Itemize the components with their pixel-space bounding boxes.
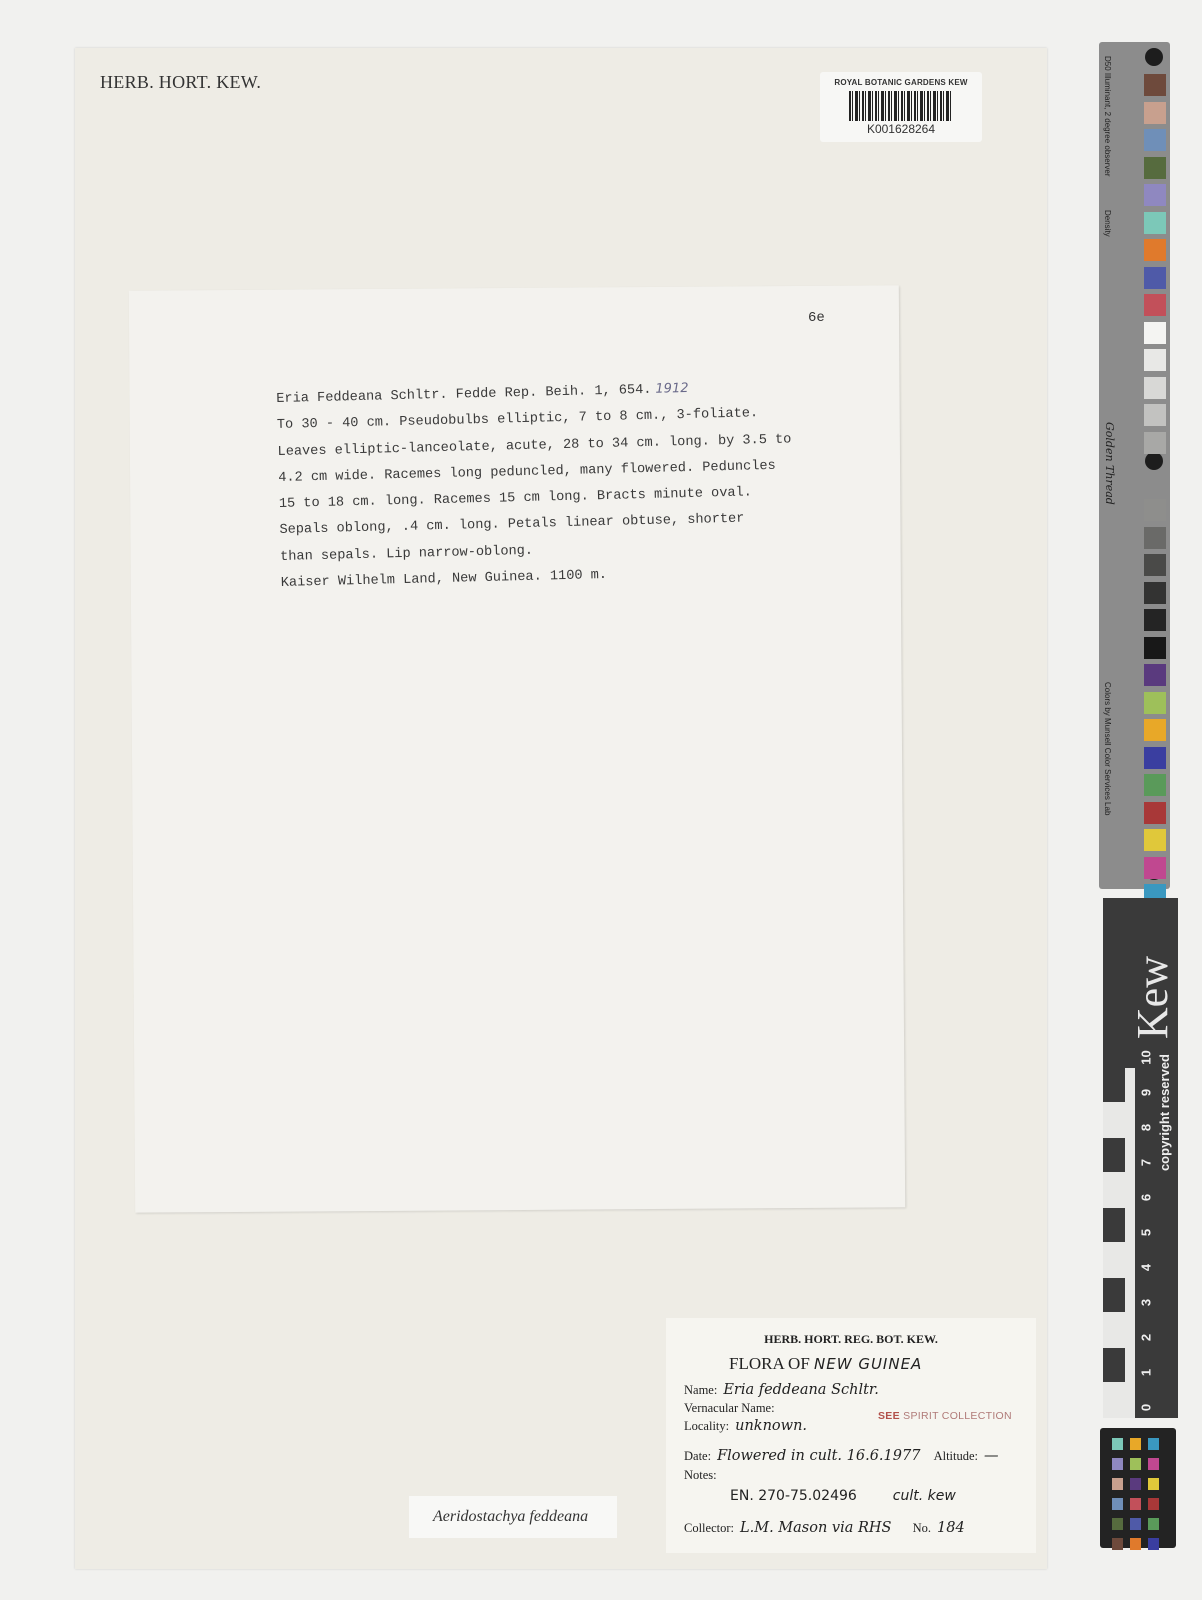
page-number: 6e xyxy=(808,310,825,326)
color-swatch xyxy=(1112,1478,1123,1490)
color-swatch xyxy=(1112,1518,1123,1530)
chart-munsell-text: Colors by Munsell Color Services Lab xyxy=(1103,682,1112,815)
color-swatch xyxy=(1148,1458,1159,1470)
color-swatch xyxy=(1144,719,1166,741)
color-swatch xyxy=(1144,527,1166,549)
determination-name: Aeridostachya feddeana xyxy=(433,1508,588,1526)
color-swatch xyxy=(1144,582,1166,604)
color-swatch xyxy=(1144,432,1166,454)
ruler-tick-label: 8 xyxy=(1139,1119,1154,1137)
color-swatch xyxy=(1148,1438,1159,1450)
herbarium-header: HERB. HORT. KEW. xyxy=(100,72,261,93)
color-swatch xyxy=(1144,554,1166,576)
ruler-tick-label: 5 xyxy=(1139,1224,1154,1242)
color-swatch xyxy=(1144,404,1166,426)
color-swatch xyxy=(1144,239,1166,261)
name-field: Name:Eria feddeana Schltr. xyxy=(684,1382,879,1398)
punch-hole-icon xyxy=(1145,48,1163,66)
ruler-tick-label: 0 xyxy=(1139,1399,1154,1417)
color-swatch xyxy=(1144,637,1166,659)
color-swatch xyxy=(1144,377,1166,399)
color-swatch xyxy=(1144,349,1166,371)
barcode-icon xyxy=(849,91,953,121)
ruler-tick-label: 3 xyxy=(1139,1294,1154,1312)
determination-label: Aeridostachya feddeana xyxy=(409,1496,617,1538)
punch-hole-icon xyxy=(1145,452,1163,470)
color-swatch xyxy=(1130,1538,1141,1550)
collector-field: Collector:L.M. Mason via RHS No.184 xyxy=(684,1520,965,1536)
color-swatch xyxy=(1144,322,1166,344)
vernacular-field: Vernacular Name: xyxy=(684,1400,781,1416)
ruler-tick-label: 4 xyxy=(1139,1259,1154,1277)
color-swatch xyxy=(1144,747,1166,769)
color-swatch xyxy=(1144,499,1166,521)
notes-label: Notes: xyxy=(684,1468,717,1483)
color-swatch xyxy=(1148,1498,1159,1510)
ruler-tick-label: 6 xyxy=(1139,1189,1154,1207)
color-swatch xyxy=(1148,1478,1159,1490)
color-swatch xyxy=(1112,1538,1123,1550)
color-swatch xyxy=(1148,1538,1159,1550)
color-swatch xyxy=(1130,1458,1141,1470)
cm-ruler xyxy=(1103,1068,1135,1418)
color-swatch xyxy=(1144,774,1166,796)
color-swatch xyxy=(1130,1438,1141,1450)
flora-title: FLORA OF NEW GUINEA xyxy=(729,1354,922,1374)
locality-field: Locality:unknown. xyxy=(684,1418,807,1434)
ruler-tick-label: 7 xyxy=(1139,1154,1154,1172)
ruler-block xyxy=(1103,1208,1125,1242)
color-swatch xyxy=(1130,1498,1141,1510)
color-swatch xyxy=(1112,1438,1123,1450)
chart-brand: Golden Thread xyxy=(1103,422,1116,505)
color-swatch xyxy=(1144,267,1166,289)
color-swatch xyxy=(1144,829,1166,851)
color-swatch xyxy=(1144,294,1166,316)
color-swatch xyxy=(1144,157,1166,179)
color-swatch xyxy=(1144,212,1166,234)
barcode-number: K001628264 xyxy=(820,122,982,136)
ruler-tick-label: 1 xyxy=(1139,1364,1154,1382)
spirit-collection-stamp: SEE SPIRIT COLLECTION xyxy=(878,1410,1012,1422)
kew-scale-bar: Kew copyright reserved 012345678910 xyxy=(1103,898,1178,1418)
color-swatch xyxy=(1144,74,1166,96)
mini-color-chart xyxy=(1100,1428,1176,1548)
color-swatch xyxy=(1148,1518,1159,1530)
copyright-text: copyright reserved xyxy=(1157,1054,1172,1171)
notes-value: EN. 270-75.02496cult. kew xyxy=(730,1488,956,1504)
typed-description: Eria Feddeana Schltr. Fedde Rep. Beih. 1… xyxy=(276,372,861,597)
color-swatch xyxy=(1144,857,1166,879)
color-swatch xyxy=(1144,609,1166,631)
chart-illuminant-text: D50 Illuminant, 2 degree observer xyxy=(1103,56,1112,177)
ruler-block xyxy=(1103,1278,1125,1312)
kew-logo: Kew xyxy=(1127,956,1178,1039)
handwritten-year: 1912 xyxy=(655,381,688,397)
color-swatch xyxy=(1144,102,1166,124)
color-swatch xyxy=(1144,692,1166,714)
ruler-tick-label: 9 xyxy=(1139,1084,1154,1102)
color-swatch xyxy=(1144,802,1166,824)
chart-density-text: Density xyxy=(1103,210,1112,237)
ruler-block xyxy=(1103,1138,1125,1172)
color-calibration-chart: D50 Illuminant, 2 degree observer Densit… xyxy=(1099,42,1170,889)
barcode-institution: ROYAL BOTANIC GARDENS KEW xyxy=(820,78,982,87)
ruler-block xyxy=(1103,1348,1125,1382)
color-swatch xyxy=(1144,184,1166,206)
ruler-tick-label: 2 xyxy=(1139,1329,1154,1347)
color-swatch xyxy=(1112,1458,1123,1470)
color-swatch xyxy=(1130,1518,1141,1530)
collection-label-header: HERB. HORT. REG. BOT. KEW. xyxy=(666,1332,1036,1347)
collection-label: HERB. HORT. REG. BOT. KEW. FLORA OF NEW … xyxy=(666,1318,1036,1553)
ruler-block xyxy=(1103,1068,1125,1102)
color-swatch xyxy=(1112,1498,1123,1510)
color-swatch xyxy=(1144,129,1166,151)
ruler-tick-label: 10 xyxy=(1139,1049,1154,1067)
barcode-label: ROYAL BOTANIC GARDENS KEW K001628264 xyxy=(820,72,982,142)
date-field: Date:Flowered in cult. 16.6.1977 Altitud… xyxy=(684,1448,999,1464)
color-swatch xyxy=(1130,1478,1141,1490)
color-swatch xyxy=(1144,664,1166,686)
